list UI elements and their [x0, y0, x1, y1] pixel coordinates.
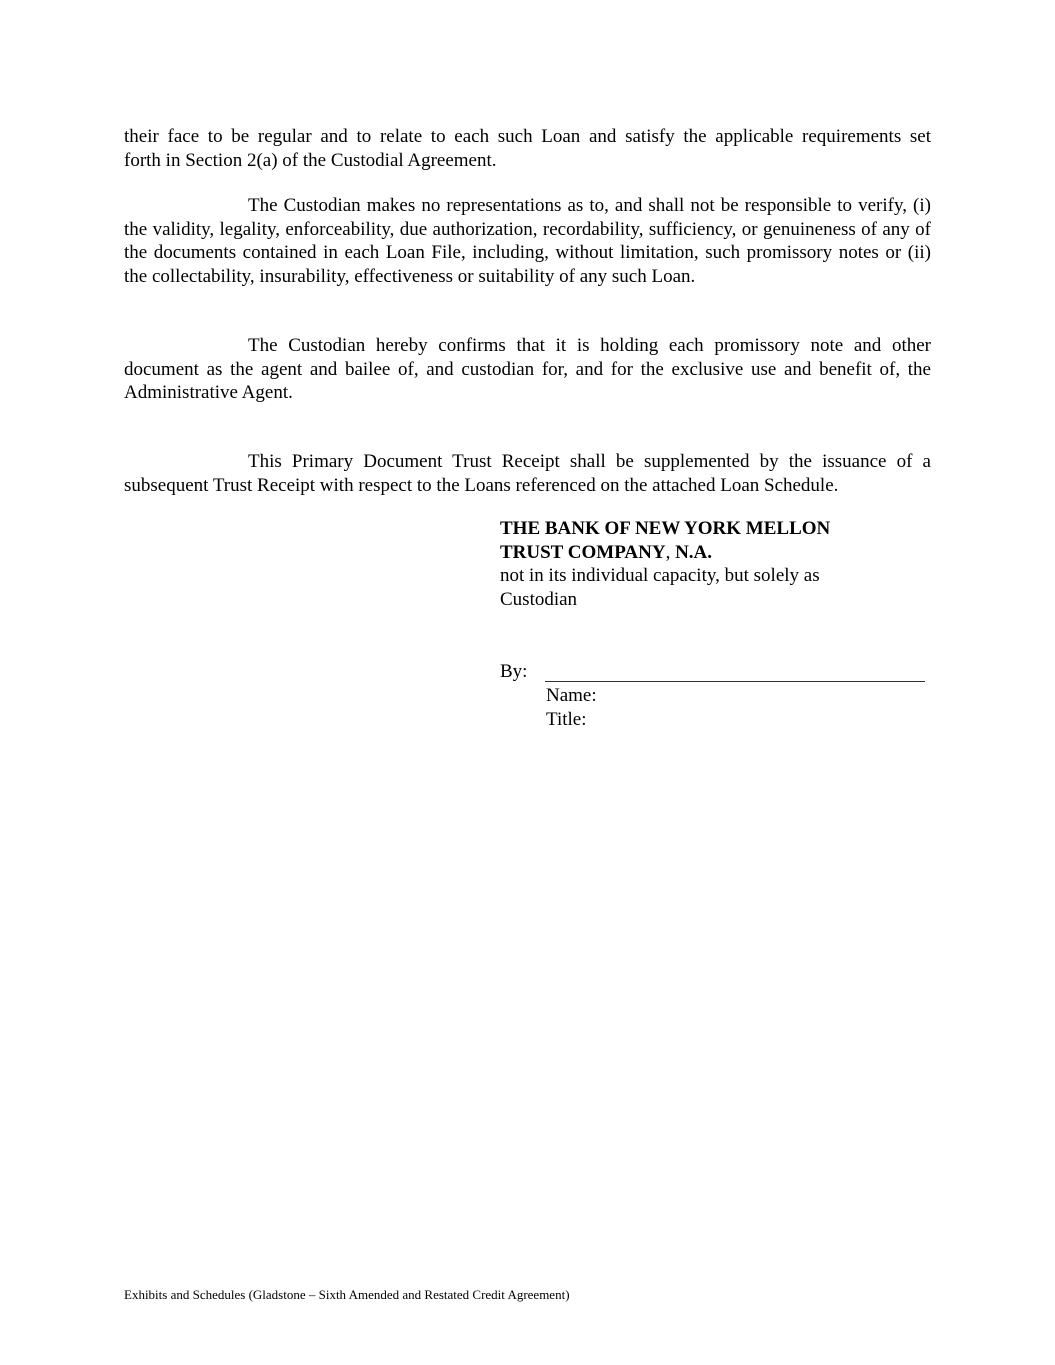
paragraph-continuation: their face to be regular and to relate t…	[124, 125, 931, 172]
paragraph-line: their face to be regular and to relate t…	[124, 125, 931, 149]
paragraph-line: forth in Section 2(a) of the Custodial A…	[124, 149, 931, 173]
paragraph-custodian-confirms: The Custodian hereby confirms that it is…	[124, 334, 931, 405]
by-label: By:	[500, 660, 527, 684]
name-label: Name:	[546, 684, 597, 708]
signatory-entity-line2: TRUST COMPANY, N.A.	[500, 541, 830, 565]
signatory-fields: Name: Title:	[546, 684, 597, 731]
paragraph-trust-receipt: This Primary Document Trust Receipt shal…	[124, 450, 931, 497]
signatory-entity-line1: THE BANK OF NEW YORK MELLON	[500, 517, 830, 541]
signatory-entity-name: TRUST COMPANY	[500, 542, 666, 563]
signature-line	[545, 681, 925, 682]
paragraph-text: The Custodian makes no representations a…	[124, 195, 931, 287]
signatory-capacity-line2: Custodian	[500, 588, 830, 612]
signatory-capacity-line1: not in its individual capacity, but sole…	[500, 564, 830, 588]
paragraph-text: This Primary Document Trust Receipt shal…	[124, 451, 931, 496]
document-page: their face to be regular and to relate t…	[0, 0, 1055, 1365]
signatory-entity-suffix: N.A.	[675, 542, 712, 563]
signatory-entity-separator: ,	[666, 542, 676, 563]
signature-block: THE BANK OF NEW YORK MELLON TRUST COMPAN…	[500, 517, 830, 612]
page-footer: Exhibits and Schedules (Gladstone – Sixt…	[124, 1287, 570, 1303]
title-label: Title:	[546, 708, 597, 732]
paragraph-no-representations: The Custodian makes no representations a…	[124, 194, 931, 289]
paragraph-text: The Custodian hereby confirms that it is…	[124, 335, 931, 403]
